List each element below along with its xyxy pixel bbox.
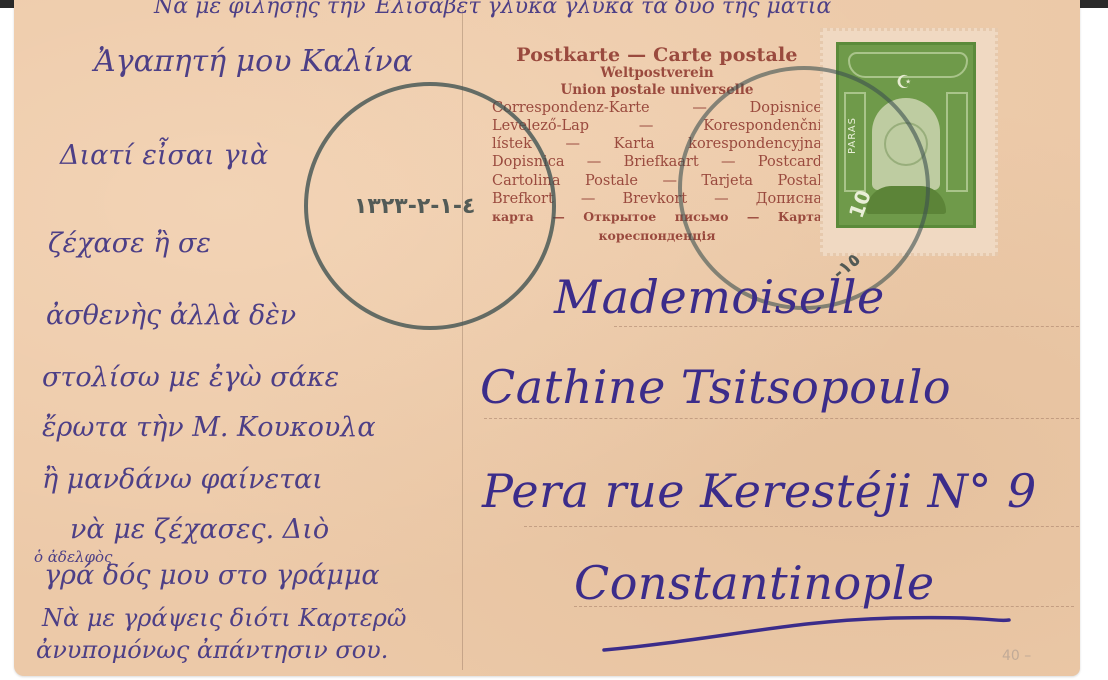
postcard-back: Postkarte — Carte postale Weltpostverein… [14,0,1080,676]
message-line: ζέχασε ἢ σε [48,228,211,259]
message-line: Διατί εἶσαι γιὰ [60,140,268,171]
message-line: ἀσθενὴς ἀλλὰ δὲν [46,300,296,331]
pencil-mark: 40 – [1002,648,1031,664]
address-street: Pera rue Kerestéji N° 9 [482,464,1037,518]
message-line: στολίσω με ἐγὼ σάκε [42,362,339,393]
message-greeting: Ἀγαπητή μου Καλίνα [94,44,413,79]
crescent-star-icon: ☪ [896,72,912,93]
postmark-date: ۱۳۲۳-۲-۱-٤ [354,194,475,219]
message-top-line: Νὰ μὲ φιλήσῃς τὴν Ἐλισάβετ γλυκὰ γλυκὰ τ… [154,0,831,19]
message-line: νὰ με ζέχασες. Διὸ [70,514,329,545]
city-underline-flourish [594,600,1014,660]
postcard-title: Postkarte — Carte postale [492,46,822,65]
address-line-3 [524,526,1080,527]
margin-note: ὁ ἀδελφὸς [34,548,112,566]
message-line: ἢ μανδάνω φαίνεται [42,464,323,495]
scan-edge-top-right [1080,0,1108,8]
address-name: Cathine Tsitsopoulo [480,360,951,414]
message-line: Νὰ με γράψεις διότι Καρτερῶ [42,604,407,632]
address-salutation: Mademoiselle [554,270,885,324]
message-line: ἔρωτα τὴν Μ. Κουκουλα [42,412,376,443]
message-closing: ἀνυπομόνως ἀπάντησιν σου. [36,636,388,664]
address-line-2 [484,418,1080,419]
scan-edge-top-left [0,0,14,8]
stamp-pillar-right [946,92,968,192]
address-line-1 [614,326,1080,327]
postmark-left: ۱۳۲۳-۲-۱-٤ [304,82,556,330]
